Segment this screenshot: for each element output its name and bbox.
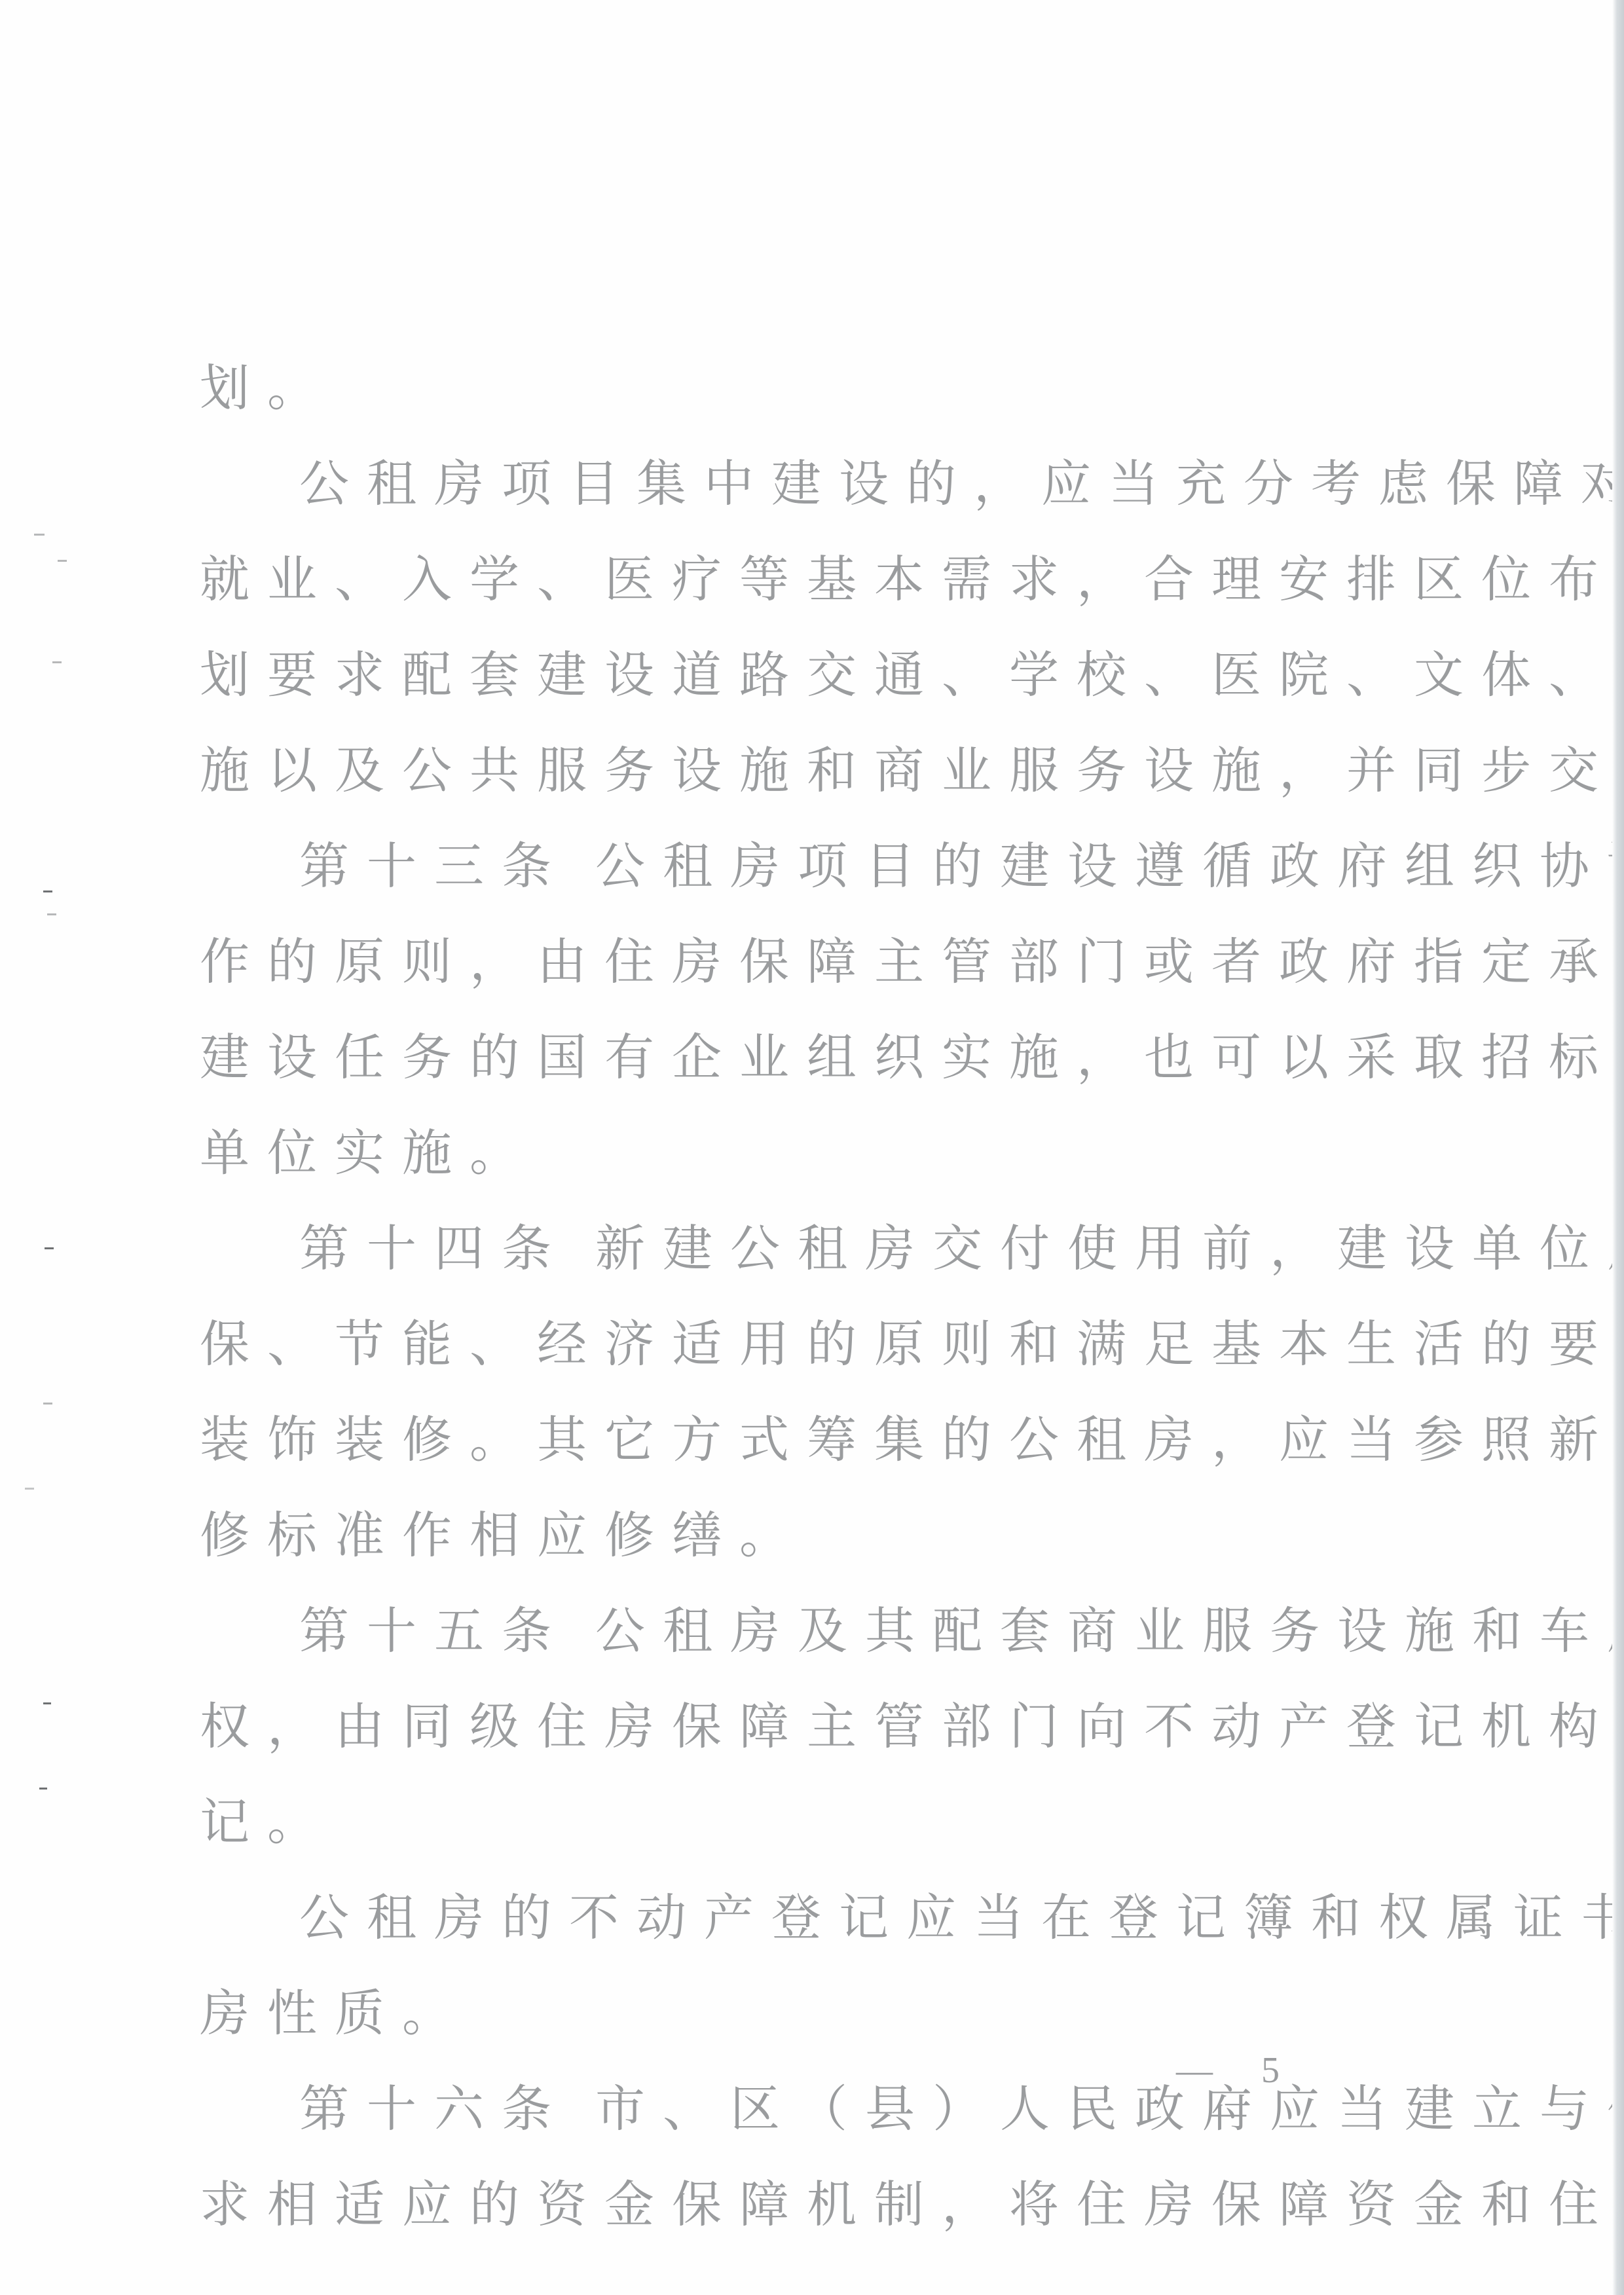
text-line: 公租房项目的建设遵循政府组织协调、市场运 [595, 837, 1624, 895]
text-line: 求相适应的资金保障机制，将住房保障资金和住房保障工作经 [200, 2157, 1372, 2252]
text-line: 装饰装修。其它方式筹集的公租房，应当参照新建公租房的装 [200, 1392, 1372, 1488]
text-line: 公租房项目集中建设的，应当充分考虑保障对象对交通、 [200, 436, 1372, 532]
text-line: 公租房及其配套商业服务设施和车库车位的产 [595, 1602, 1624, 1660]
text-line: 市、区（县）人民政府应当建立与住房保障需 [595, 2080, 1624, 2138]
text-line: 划。 [200, 340, 1372, 436]
margin-mark [39, 1788, 47, 1790]
text-line: 新建公租房交付使用前，建设单位应当按照环 [595, 1219, 1624, 1277]
text-line: 划要求配套建设道路交通、学校、医院、文体、消防等基础设 [200, 627, 1372, 723]
text-line: 修标准作相应修缮。 [200, 1488, 1372, 1583]
text-line: 公租房的不动产登记应当在登记簿和权属证书上载明公租 [200, 1870, 1372, 1966]
margin-mark [43, 890, 52, 892]
article-heading: 第十四条 [299, 1219, 569, 1277]
article-heading: 第十五条 [299, 1602, 569, 1660]
article-heading: 第十六条 [299, 2080, 569, 2138]
margin-mark [52, 661, 62, 663]
article-heading: 第十三条 [299, 837, 569, 895]
margin-mark [34, 534, 45, 536]
scan-edge-shadow [1612, 0, 1624, 2295]
text-line: 建设任务的国有企业组织实施，也可以采取招标方式选择建设 [200, 1010, 1372, 1105]
text-line: 房性质。 [200, 1966, 1372, 2061]
text-line: 施以及公共服务设施和商业服务设施，并同步交付使用。 [200, 723, 1372, 818]
document-page: 划。 公租房项目集中建设的，应当充分考虑保障对象对交通、 就业、入学、医疗等基本… [0, 0, 1624, 2295]
margin-mark [58, 560, 67, 562]
margin-mark [43, 1702, 51, 1704]
page-number: — 5 — [1139, 2049, 1336, 2133]
text-line: 保、节能、经济适用的原则和满足基本生活的要求，完成室内 [200, 1296, 1372, 1392]
margin-mark [47, 913, 56, 915]
text-line: 权，由同级住房保障主管部门向不动产登记机构申请不动产登 [200, 1679, 1372, 1774]
text-line: 就业、入学、医疗等基本需求，合理安排区位布局，并按照规 [200, 532, 1372, 627]
margin-mark [25, 1488, 34, 1490]
margin-mark [43, 1403, 52, 1405]
article-14-first-line: 第十四条新建公租房交付使用前，建设单位应当按照环 [200, 1201, 1372, 1296]
text-line: 单位实施。 [200, 1105, 1372, 1201]
text-line: 作的原则，由住房保障主管部门或者政府指定承担保障性住房 [200, 914, 1372, 1010]
document-body: 划。 公租房项目集中建设的，应当充分考虑保障对象对交通、 就业、入学、医疗等基本… [200, 340, 1372, 2252]
text-line: 记。 [200, 1774, 1372, 1870]
margin-mark [45, 1247, 54, 1249]
article-13-first-line: 第十三条公租房项目的建设遵循政府组织协调、市场运 [200, 818, 1372, 914]
article-15-first-line: 第十五条公租房及其配套商业服务设施和车库车位的产 [200, 1583, 1372, 1679]
